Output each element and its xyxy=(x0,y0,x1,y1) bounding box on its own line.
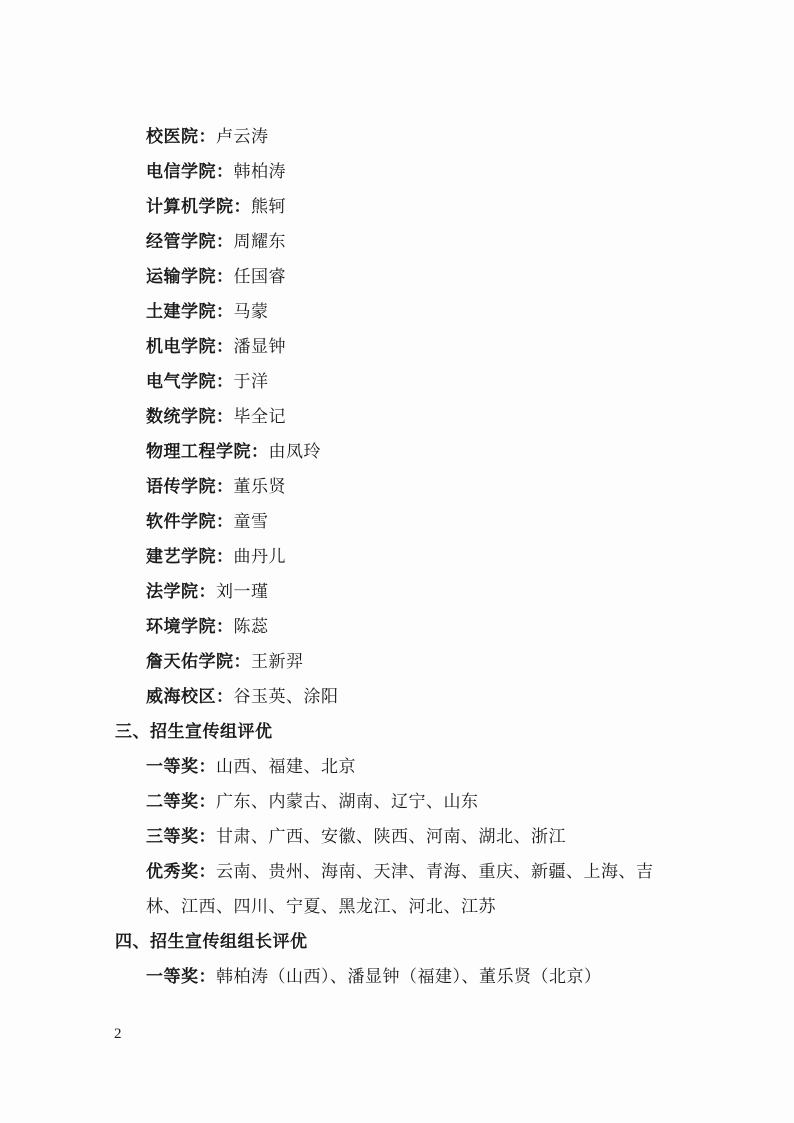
award-label: 三等奖： xyxy=(146,827,216,847)
award-value: 云南、贵州、海南、天津、青海、重庆、新疆、上海、吉 xyxy=(216,862,654,882)
contact-label: 经管学院： xyxy=(146,232,234,252)
contact-label: 建艺学院： xyxy=(146,547,234,567)
award-line: 一等奖：韩柏涛（山西）、潘显钟（福建）、董乐贤（北京） xyxy=(146,966,602,988)
document-page: 校医院：卢云涛 电信学院：韩柏涛 计算机学院：熊轲 经管学院：周耀东 运输学院：… xyxy=(0,0,794,1123)
contact-value: 潘显钟 xyxy=(234,337,287,357)
contact-label: 威海校区： xyxy=(146,687,234,707)
contact-label: 电气学院： xyxy=(146,372,234,392)
contact-value: 童雪 xyxy=(234,512,269,532)
contact-value: 陈蕊 xyxy=(234,617,269,637)
contact-line: 经管学院：周耀东 xyxy=(146,231,286,253)
contact-value: 任国睿 xyxy=(234,267,287,287)
contact-label: 詹天佑学院： xyxy=(146,652,251,672)
award-line: 三等奖：甘肃、广西、安徽、陕西、河南、湖北、浙江 xyxy=(146,826,566,848)
contact-label: 电信学院： xyxy=(146,162,234,182)
contact-line: 数统学院：毕全记 xyxy=(146,406,286,428)
contact-label: 校医院： xyxy=(146,127,216,147)
contact-line: 机电学院：潘显钟 xyxy=(146,336,286,358)
contact-line: 法学院：刘一瑾 xyxy=(146,581,269,603)
contact-line: 环境学院：陈蕊 xyxy=(146,616,269,638)
contact-label: 运输学院： xyxy=(146,267,234,287)
page-number: 2 xyxy=(114,1026,122,1043)
contact-value: 卢云涛 xyxy=(216,127,269,147)
award-line-continuation: 林、江西、四川、宁夏、黑龙江、河北、江苏 xyxy=(146,896,496,918)
contact-label: 机电学院： xyxy=(146,337,234,357)
section-heading-3: 三、招生宣传组评优 xyxy=(115,721,273,743)
contact-value: 毕全记 xyxy=(234,407,287,427)
award-value: 甘肃、广西、安徽、陕西、河南、湖北、浙江 xyxy=(216,827,566,847)
contact-value: 董乐贤 xyxy=(234,477,287,497)
contact-value: 熊轲 xyxy=(251,197,286,217)
contact-value: 谷玉英、涂阳 xyxy=(234,687,339,707)
contact-label: 物理工程学院： xyxy=(146,442,269,462)
contact-value: 于洋 xyxy=(234,372,269,392)
award-line: 一等奖：山西、福建、北京 xyxy=(146,756,356,778)
contact-line: 威海校区：谷玉英、涂阳 xyxy=(146,686,339,708)
contact-label: 环境学院： xyxy=(146,617,234,637)
award-line: 优秀奖：云南、贵州、海南、天津、青海、重庆、新疆、上海、吉 xyxy=(146,861,654,883)
contact-label: 土建学院： xyxy=(146,302,234,322)
award-value: 山西、福建、北京 xyxy=(216,757,356,777)
contact-line-hospital: 校医院：卢云涛 xyxy=(146,126,269,148)
award-value: 韩柏涛（山西）、潘显钟（福建）、董乐贤（北京） xyxy=(216,967,602,987)
award-value: 林、江西、四川、宁夏、黑龙江、河北、江苏 xyxy=(146,897,496,917)
contact-line: 土建学院：马蒙 xyxy=(146,301,269,323)
contact-label: 软件学院： xyxy=(146,512,234,532)
contact-value: 曲丹儿 xyxy=(234,547,287,567)
award-label: 一等奖： xyxy=(146,967,216,987)
award-value: 广东、内蒙古、湖南、辽宁、山东 xyxy=(216,792,479,812)
contact-line: 詹天佑学院：王新羿 xyxy=(146,651,304,673)
contact-label: 语传学院： xyxy=(146,477,234,497)
contact-line: 语传学院：董乐贤 xyxy=(146,476,286,498)
contact-value: 由凤玲 xyxy=(269,442,322,462)
contact-line: 软件学院：童雪 xyxy=(146,511,269,533)
award-line: 二等奖：广东、内蒙古、湖南、辽宁、山东 xyxy=(146,791,479,813)
contact-value: 韩柏涛 xyxy=(234,162,287,182)
contact-value: 马蒙 xyxy=(234,302,269,322)
contact-value: 刘一瑾 xyxy=(216,582,269,602)
contact-line: 运输学院：任国睿 xyxy=(146,266,286,288)
award-label: 优秀奖： xyxy=(146,862,216,882)
contact-label: 数统学院： xyxy=(146,407,234,427)
contact-value: 王新羿 xyxy=(251,652,304,672)
contact-line: 计算机学院：熊轲 xyxy=(146,196,286,218)
contact-line: 电气学院：于洋 xyxy=(146,371,269,393)
contact-label: 计算机学院： xyxy=(146,197,251,217)
award-label: 二等奖： xyxy=(146,792,216,812)
contact-line: 物理工程学院：由凤玲 xyxy=(146,441,321,463)
contact-label: 法学院： xyxy=(146,582,216,602)
section-heading-4: 四、招生宣传组组长评优 xyxy=(115,931,308,953)
contact-value: 周耀东 xyxy=(234,232,287,252)
award-label: 一等奖： xyxy=(146,757,216,777)
contact-line: 电信学院：韩柏涛 xyxy=(146,161,286,183)
contact-line: 建艺学院：曲丹儿 xyxy=(146,546,286,568)
